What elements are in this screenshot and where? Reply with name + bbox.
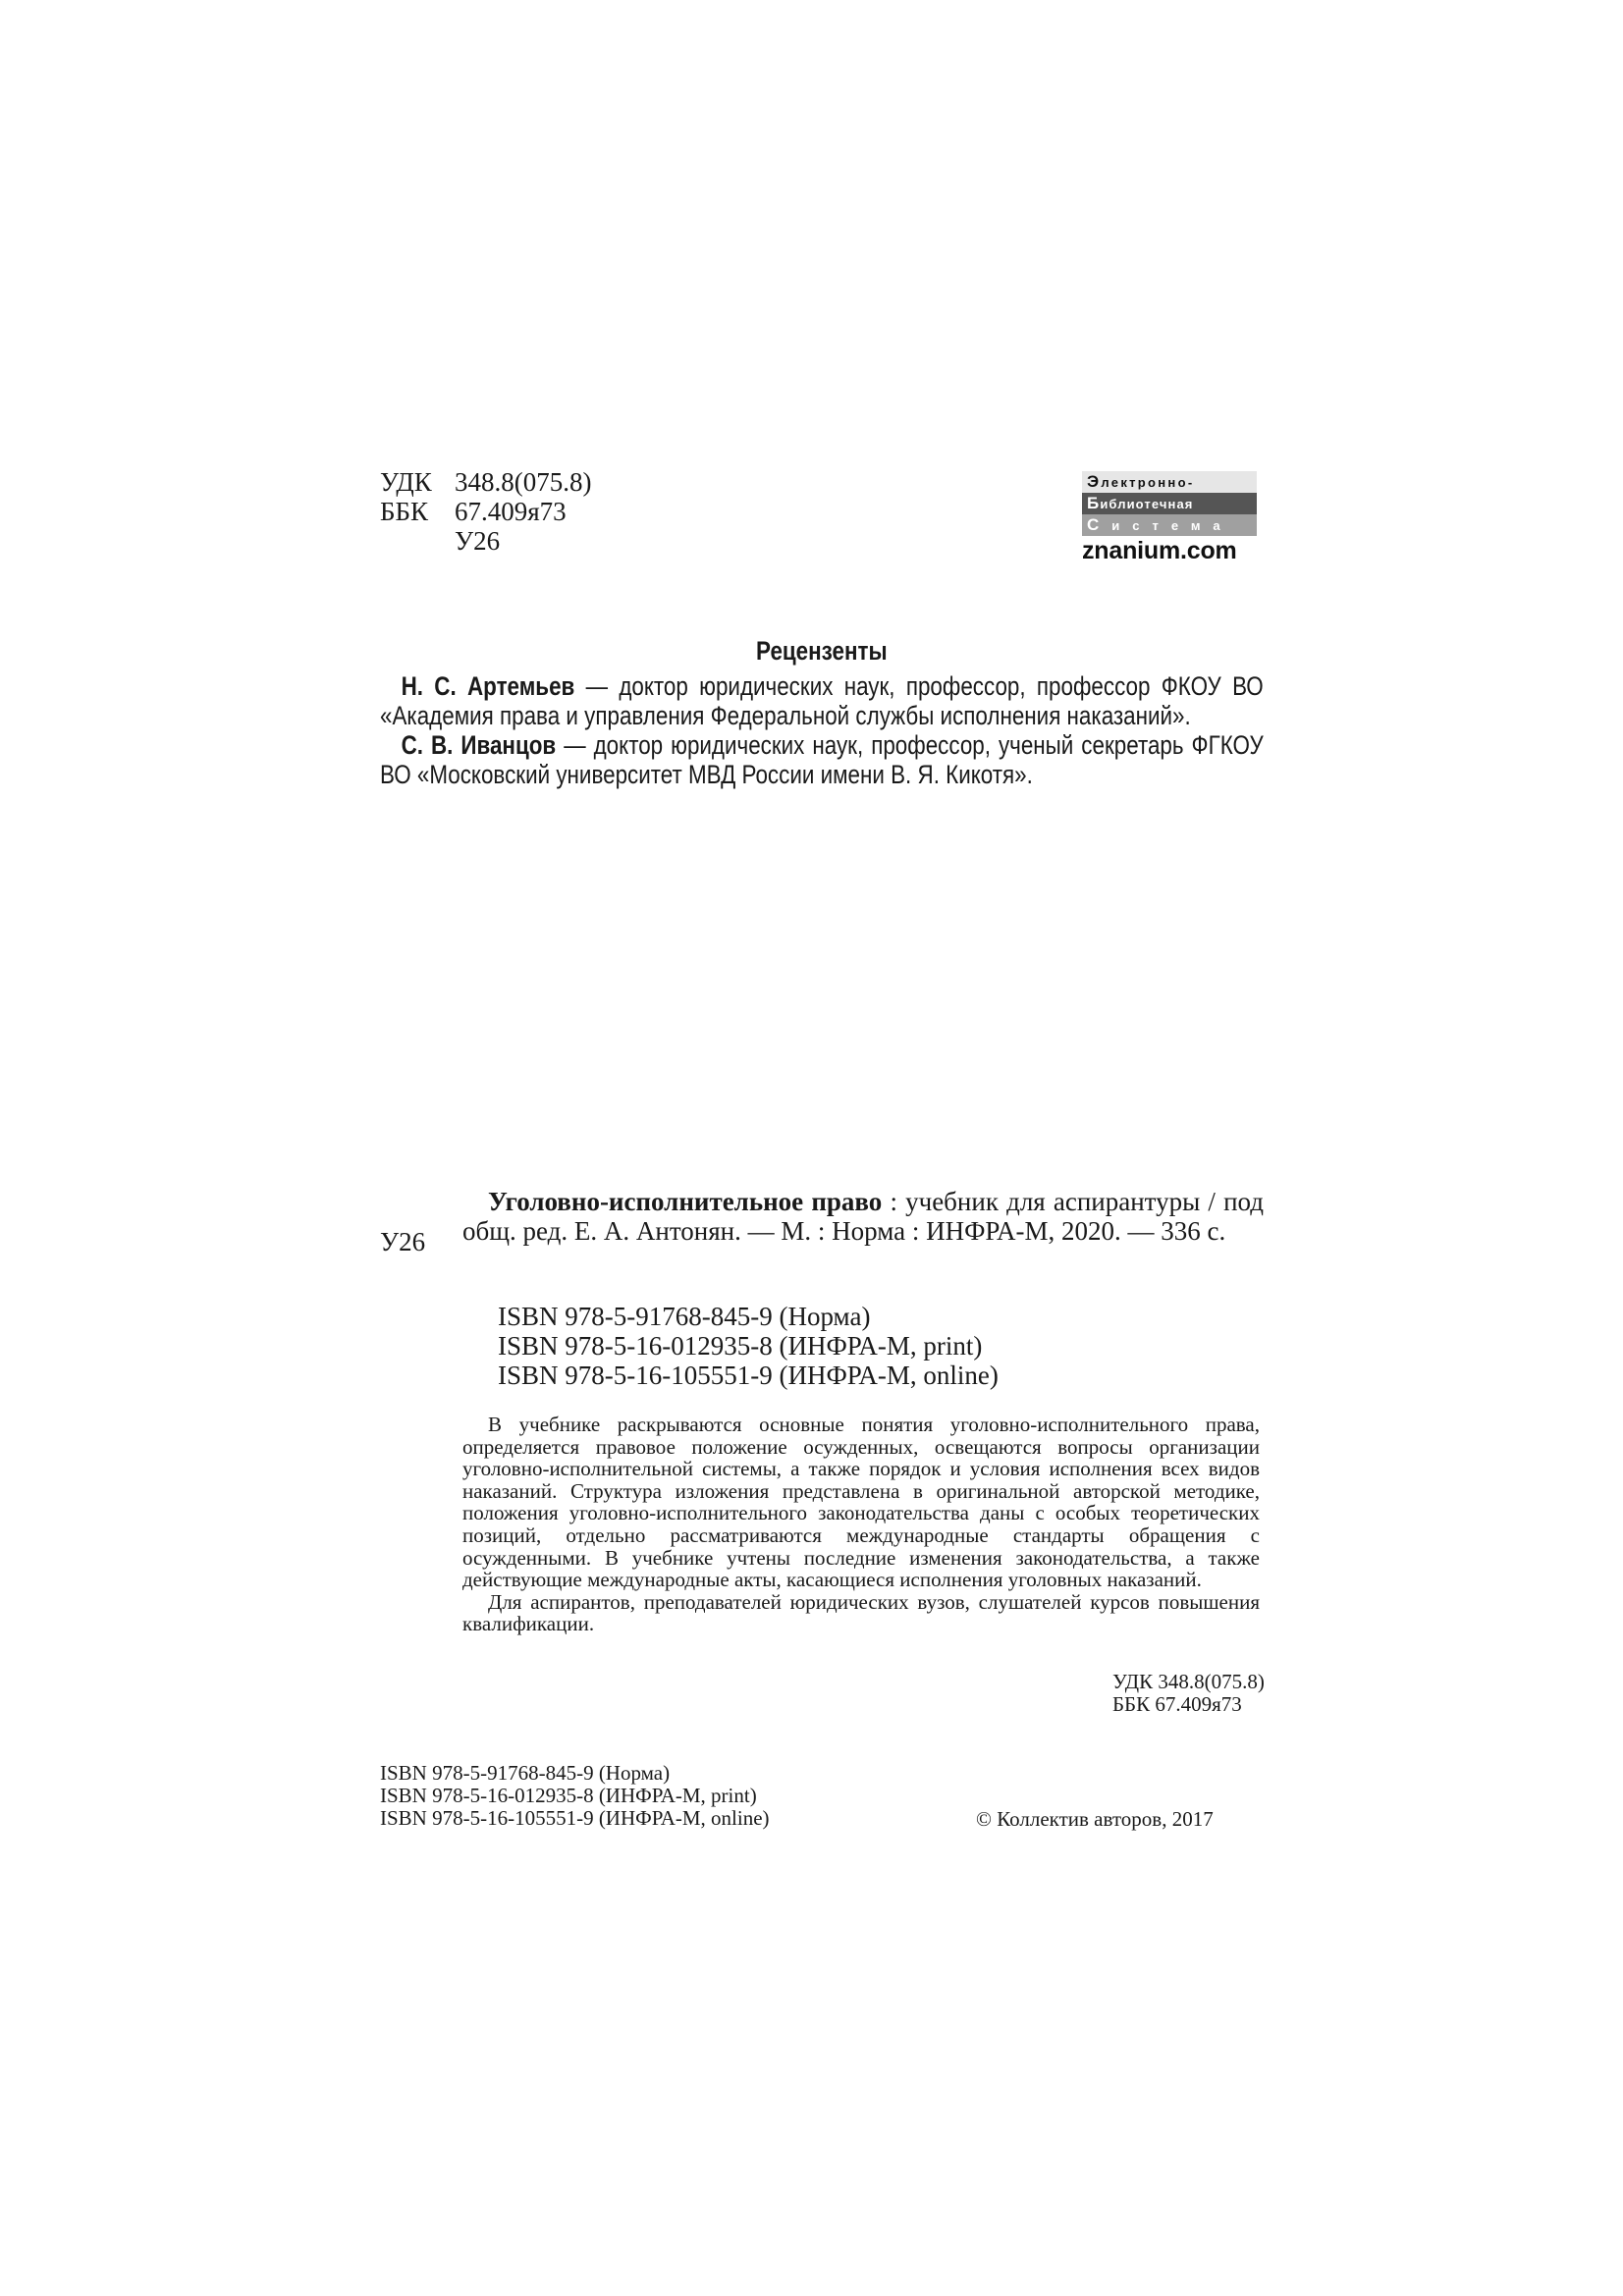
annotation-paragraph: В учебнике раскрываются основные понятия… (462, 1414, 1260, 1591)
reviewers-title: Рецензенты (380, 636, 1264, 666)
entry-text: Уголовно-исполнительное право : учебник … (462, 1187, 1264, 1246)
annotation-paragraph: Для аспирантов, преподавателей юридическ… (462, 1591, 1260, 1635)
isbn-item: ISBN 978-5-16-012935-8 (ИНФРА-М, print) (380, 1785, 770, 1807)
author-mark-row: У26 (380, 526, 591, 556)
logo-site: znanium.com (1082, 537, 1257, 564)
annotation: В учебнике раскрываются основные понятия… (462, 1414, 1260, 1635)
footer-isbn-list: ISBN 978-5-91768-845-9 (Норма) ISBN 978-… (380, 1762, 770, 1830)
bbk-value: 67.409я73 (455, 497, 567, 526)
logo-line-2: Библиотечная (1087, 497, 1193, 511)
udk-row: УДК 348.8(075.8) (380, 467, 591, 497)
entry-title: Уголовно-исполнительное право (488, 1187, 882, 1216)
annotation-bbk: ББК 67.409я73 (1112, 1693, 1265, 1716)
annotation-udk: УДК 348.8(075.8) (1112, 1671, 1265, 1693)
udk-label: УДК (380, 467, 455, 497)
isbn-item: ISBN 978-5-16-012935-8 (ИНФРА-М, print) (498, 1331, 999, 1361)
logo-line-3: Система (1087, 518, 1233, 533)
reviewers-section: Рецензенты Н. С. Артемьев — доктор юриди… (380, 636, 1264, 789)
entry-isbn-list: ISBN 978-5-91768-845-9 (Норма) ISBN 978-… (498, 1302, 999, 1390)
bbk-row: ББК 67.409я73 (380, 497, 591, 526)
znanium-logo: Электронно- Библиотечная Система znanium… (1082, 471, 1257, 564)
logo-band-electronic: Электронно- (1082, 471, 1257, 493)
reviewer-name: Н. С. Артемьев (402, 671, 575, 701)
udk-value: 348.8(075.8) (455, 467, 591, 497)
reviewer-name: С. В. Иванцов (402, 730, 557, 760)
annotation-codes: УДК 348.8(075.8) ББК 67.409я73 (1112, 1671, 1265, 1716)
logo-band-system: Система (1082, 514, 1257, 536)
author-mark: У26 (455, 526, 500, 556)
classification-block: УДК 348.8(075.8) ББК 67.409я73 У26 (380, 467, 591, 556)
logo-line-1: Электронно- (1087, 475, 1194, 490)
isbn-item: ISBN 978-5-91768-845-9 (Норма) (498, 1302, 999, 1331)
bbk-label: ББК (380, 497, 455, 526)
isbn-item: ISBN 978-5-91768-845-9 (Норма) (380, 1762, 770, 1785)
copyright: © Коллектив авторов, 2017 (976, 1808, 1214, 1831)
reviewer-item: Н. С. Артемьев — доктор юридических наук… (380, 671, 1264, 730)
entry-author-mark: У26 (380, 1227, 425, 1256)
reviewer-item: С. В. Иванцов — доктор юридических наук,… (380, 730, 1264, 789)
isbn-item: ISBN 978-5-16-105551-9 (ИНФРА-М, online) (380, 1807, 770, 1830)
isbn-item: ISBN 978-5-16-105551-9 (ИНФРА-М, online) (498, 1361, 999, 1390)
logo-band-library: Библиотечная (1082, 493, 1257, 514)
